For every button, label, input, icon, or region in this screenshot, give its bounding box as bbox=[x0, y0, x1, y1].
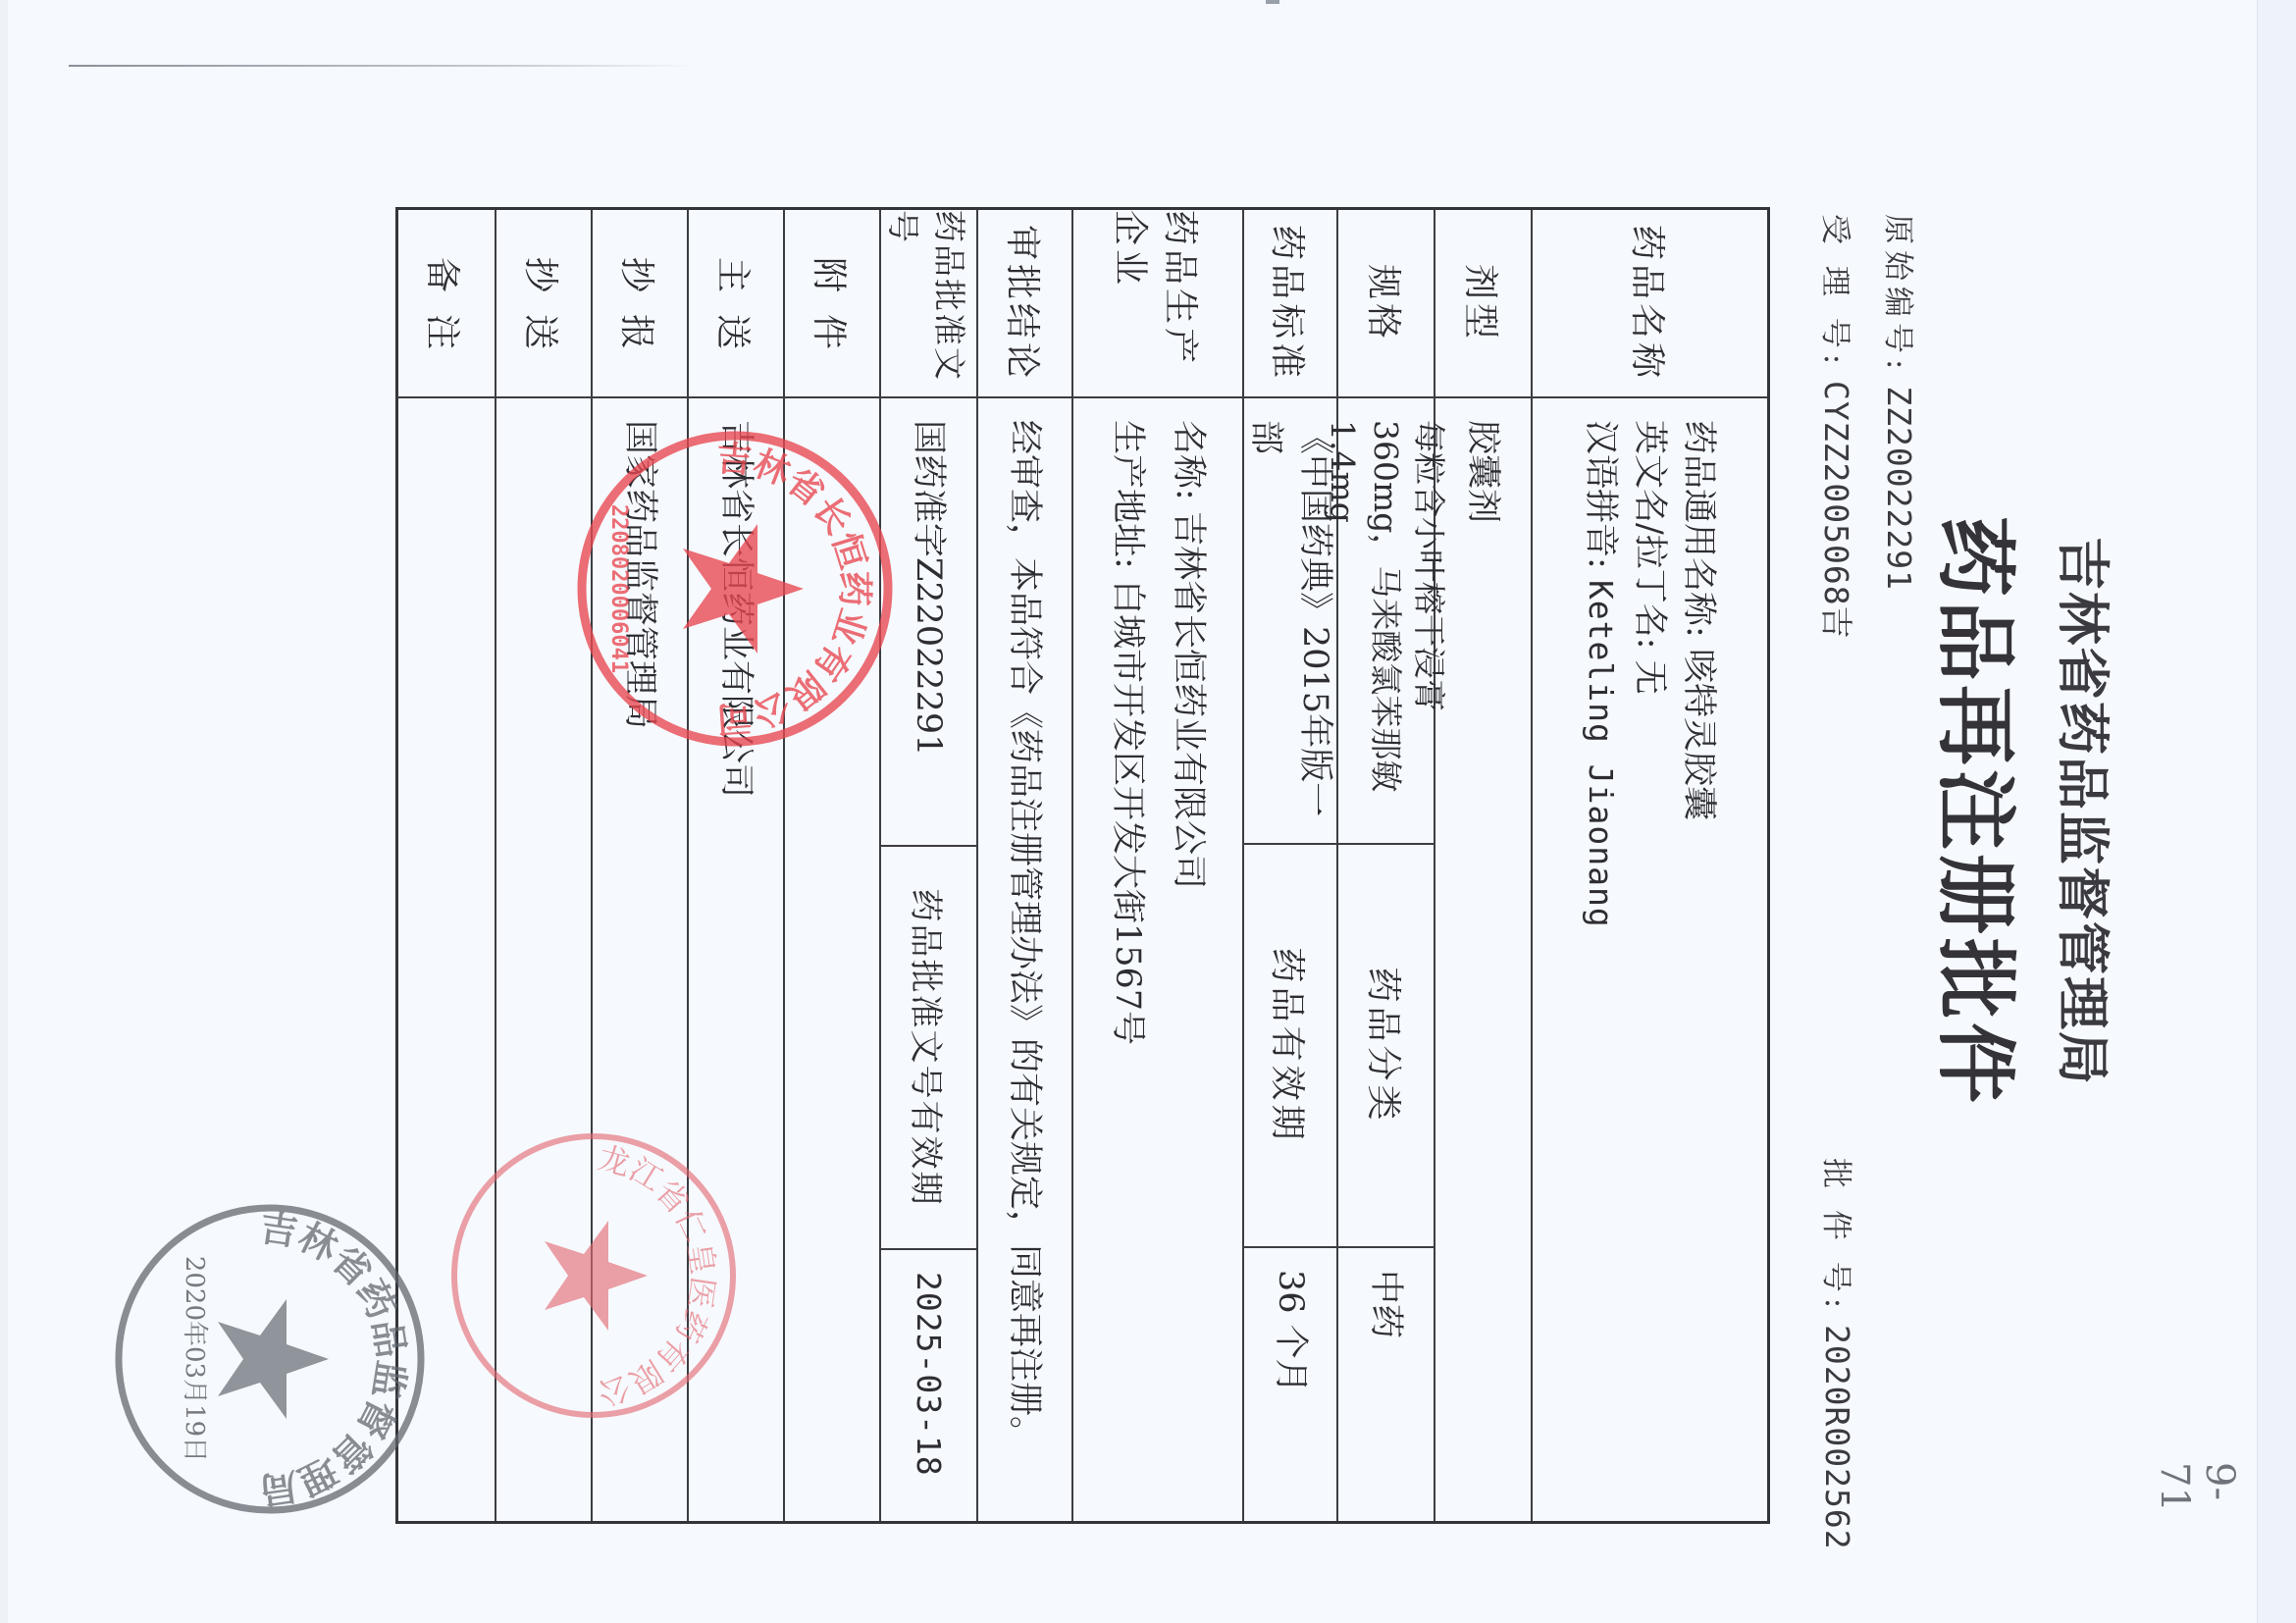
label-remarks: 备注 bbox=[395, 210, 495, 398]
english-latin-name: 英文名/拉丁名: 无 bbox=[1626, 420, 1675, 928]
agency-seal-stamp: 吉林省药品监督管理局 2020年03月19日 bbox=[108, 1197, 432, 1521]
approval-doc-number-value: 2020R002562 bbox=[1818, 1325, 1856, 1550]
value-drug-name: 药品通用名称: 咳特灵胶囊 英文名/拉丁名: 无 汉语拼音: Keteling … bbox=[1533, 398, 1767, 1524]
label-manufacturer: 药品生产企业 bbox=[1073, 210, 1242, 398]
row-attachments: 附件 bbox=[783, 210, 879, 1521]
star-icon bbox=[683, 524, 804, 654]
company-seal-graphic: 吉林省长恒药业有限公司 2208020006041 bbox=[573, 427, 897, 751]
label-copy-to: 抄送 bbox=[496, 210, 591, 398]
value-manufacturer: 名称: 吉林省长恒药业有限公司 生产地址: 白城市开发区开发大街1567号 bbox=[1073, 398, 1242, 1524]
label-report-to: 抄报 bbox=[593, 210, 687, 398]
svg-text:2020年03月19日: 2020年03月19日 bbox=[180, 1256, 209, 1462]
row-specification: 规格 每粒含小叶榕干浸膏360mg，马来酸氯苯那敏1.4mg 药品分类 中药 bbox=[1336, 210, 1434, 1521]
row-conclusion: 审批结论 经审查，本品符合《药品注册管理办法》的有关规定，同意再注册。 bbox=[976, 210, 1071, 1521]
recipient-seal-stamp: 黑龙江省仁皇医药有限公司 bbox=[446, 1128, 741, 1423]
original-number-value: ZZ20022291 bbox=[1880, 386, 1918, 591]
label-main-recipient: 主送 bbox=[689, 210, 783, 398]
row-drug-name: 药品名称 药品通用名称: 咳特灵胶囊 英文名/拉丁名: 无 汉语拼音: Kete… bbox=[1531, 210, 1767, 1521]
acceptance-number-label: 受 理 号: bbox=[1817, 214, 1852, 370]
pinyin-name: 汉语拼音: Keteling Jiaonang bbox=[1577, 420, 1626, 928]
original-number-label: 原始编号: bbox=[1880, 214, 1915, 375]
value-conclusion: 经审查，本品符合《药品注册管理办法》的有关规定，同意再注册。 bbox=[978, 398, 1071, 1524]
label-attachments: 附件 bbox=[785, 210, 879, 398]
document-page: 吉林省药品监督管理局 药品再注册批件 原始编号: ZZ20022291 受 理 … bbox=[0, 0, 2296, 1623]
manufacturer-name: 名称: 吉林省长恒药业有限公司 bbox=[1158, 420, 1219, 1045]
star-icon bbox=[545, 1221, 648, 1331]
manufacturer-address: 生产地址: 白城市开发区开发大街1567号 bbox=[1097, 420, 1158, 1045]
label-approval-number: 药品批准文号 bbox=[881, 210, 976, 398]
approval-doc-number-label: 批 件 号: bbox=[1818, 1158, 1853, 1314]
row-approval-number: 药品批准文号 国药准字Z22022291 药品批准文号有效期 2025-03-1… bbox=[879, 210, 976, 1521]
label-shelf-life: 药品有效期 bbox=[1244, 845, 1336, 1248]
approval-doc-number: 批 件 号: 2020R002562 bbox=[1817, 1158, 1861, 1550]
generic-name: 药品通用名称: 咳特灵胶囊 bbox=[1675, 420, 1724, 928]
label-specification: 规格 bbox=[1338, 210, 1434, 398]
recipient-seal-graphic: 黑龙江省仁皇医药有限公司 bbox=[446, 1128, 741, 1423]
label-dosage-form: 剂型 bbox=[1435, 210, 1531, 398]
row-manufacturer: 药品生产企业 名称: 吉林省长恒药业有限公司 生产地址: 白城市开发区开发大街1… bbox=[1071, 210, 1242, 1521]
label-conclusion: 审批结论 bbox=[978, 210, 1071, 398]
acceptance-number-value: CYZZ2005068吉 bbox=[1817, 381, 1855, 640]
svg-text:2208020006041: 2208020006041 bbox=[606, 504, 631, 673]
issuing-agency: 吉林省药品监督管理局 bbox=[2049, 0, 2124, 1623]
value-approval-validity: 2025-03-18 bbox=[881, 1250, 976, 1524]
handwritten-page-note: 9-71 bbox=[2152, 1462, 2242, 1516]
value-specification: 每粒含小叶榕干浸膏360mg，马来酸氯苯那敏1.4mg bbox=[1338, 398, 1434, 845]
agency-seal-graphic: 吉林省药品监督管理局 2020年03月19日 bbox=[108, 1197, 432, 1521]
row-drug-standard: 药品标准 《中国药典》2015年版一部 药品有效期 36 个月 bbox=[1242, 210, 1336, 1521]
star-icon bbox=[218, 1299, 329, 1419]
label-approval-validity: 药品批准文号有效期 bbox=[881, 847, 976, 1250]
row-dosage-form: 剂型 胶囊剂 bbox=[1434, 210, 1531, 1521]
value-drug-category: 中药 bbox=[1338, 1248, 1434, 1524]
value-drug-standard: 《中国药典》2015年版一部 bbox=[1244, 398, 1336, 845]
label-drug-standard: 药品标准 bbox=[1244, 210, 1336, 398]
label-drug-category: 药品分类 bbox=[1338, 845, 1434, 1248]
value-shelf-life: 36 个月 bbox=[1244, 1248, 1336, 1524]
acceptance-number: 受 理 号: CYZZ2005068吉 bbox=[1815, 214, 1861, 640]
label-drug-name: 药品名称 bbox=[1533, 210, 1767, 398]
document-title: 药品再注册批件 bbox=[1924, 0, 2039, 1623]
original-number: 原始编号: ZZ20022291 bbox=[1879, 214, 1923, 591]
company-seal-stamp: 吉林省长恒药业有限公司 2208020006041 bbox=[573, 427, 897, 751]
